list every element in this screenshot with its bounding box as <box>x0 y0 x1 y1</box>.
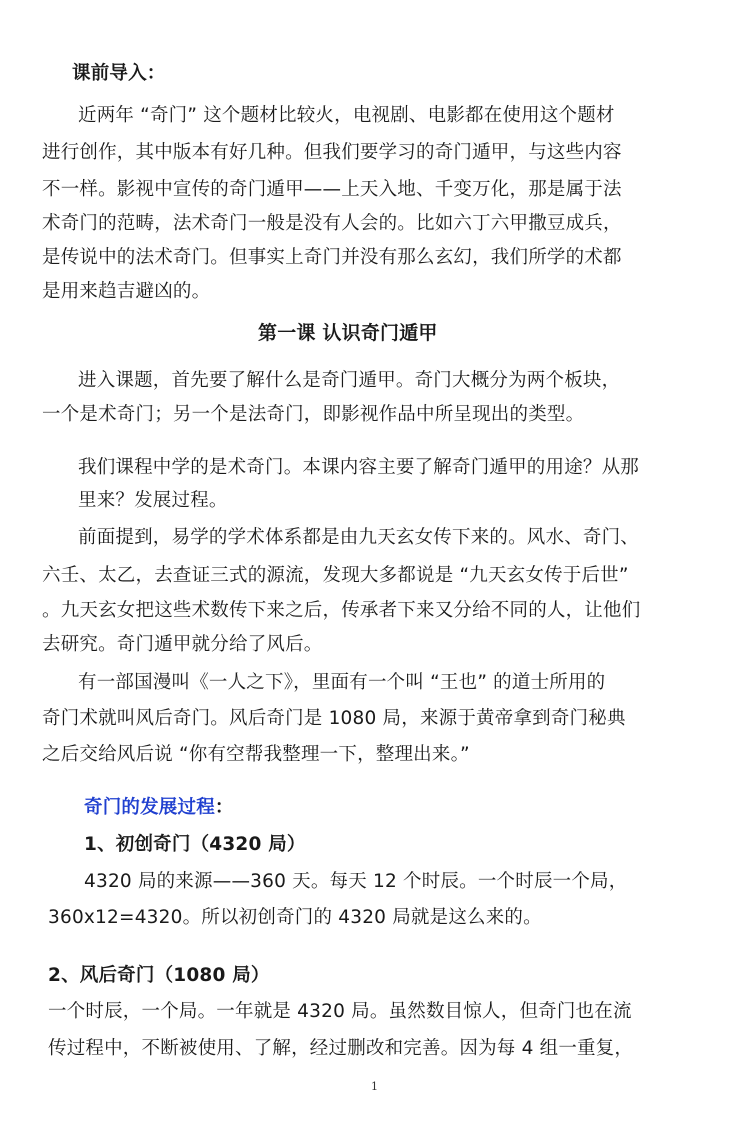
development-heading-colon: ： <box>215 797 234 818</box>
text-line: 近两年 “奇门” 这个题材比较火，电视剧、电影都在使用这个题材 <box>78 104 615 128</box>
text-line: 前面提到，易学的学术体系都是由九天玄女传下来的。风水、奇门、 <box>78 526 639 550</box>
text-line: 360x12=4320。所以初创奇门的 4320 局就是这么来的。 <box>48 906 542 930</box>
text-line: 里来？发展过程。 <box>78 489 228 513</box>
development-heading: 奇门的发展过程： <box>84 796 234 820</box>
text-line: 一个时辰，一个局。一年就是 4320 局。虽然数目惊人，但奇门也在流 <box>48 1000 632 1024</box>
development-heading-text: 奇门的发展过程 <box>84 797 215 818</box>
text-line: 进入课题，首先要了解什么是奇门遁甲。奇门大概分为两个板块， <box>78 369 620 393</box>
text-line: 进行创作，其中版本有好几种。但我们要学习的奇门遁甲，与这些内容 <box>42 141 622 165</box>
lesson-title: 第一课 认识奇门遁甲 <box>258 321 438 345</box>
text-line: 六壬、太乙，去查证三式的源流，发现大多都说是 “九天玄女传于后世” <box>42 564 629 588</box>
section-2-title: 2、风后奇门（1080 局） <box>48 964 270 988</box>
intro-heading: 课前导入： <box>72 62 166 86</box>
text-line: 一个是术奇门；另一个是法奇门，即影视作品中所呈现出的类型。 <box>42 403 584 427</box>
text-line: 之后交给风后说 “你有空帮我整理一下，整理出来。” <box>42 743 470 767</box>
text-line: 不一样。影视中宣传的奇门遁甲——上天入地、千变万化，那是属于法 <box>42 178 622 202</box>
text-line: 去研究。奇门遁甲就分给了风后。 <box>42 633 323 657</box>
text-line: 是传说中的法术奇门。但事实上奇门并没有那么玄幻，我们所学的术都 <box>42 246 622 270</box>
text-line: 传过程中，不断被使用、了解，经过删改和完善。因为每 4 组一重复， <box>48 1037 633 1061</box>
text-line: 是用来趋吉避凶的。 <box>42 280 210 304</box>
text-line: 我们课程中学的是术奇门。本课内容主要了解奇门遁甲的用途？从那 <box>78 456 639 480</box>
text-line: 4320 局的来源——360 天。每天 12 个时辰。一个时辰一个局， <box>84 870 627 894</box>
text-line: 。九天玄女把这些术数传下来之后，传承者下来又分给不同的人，让他们 <box>42 599 640 623</box>
page-number: 1 <box>0 1080 749 1093</box>
text-line: 奇门术就叫风后奇门。风后奇门是 1080 局，来源于黄帝拿到奇门秘典 <box>42 707 626 731</box>
text-line: 有一部国漫叫《一人之下》，里面有一个叫 “王也” 的道士所用的 <box>78 671 605 695</box>
document-page: 课前导入： 近两年 “奇门” 这个题材比较火，电视剧、电影都在使用这个题材 进行… <box>0 0 749 1123</box>
text-line: 术奇门的范畴，法术奇门一般是没有人会的。比如六丁六甲撒豆成兵， <box>42 212 622 236</box>
section-1-title: 1、初创奇门（4320 局） <box>84 833 306 857</box>
